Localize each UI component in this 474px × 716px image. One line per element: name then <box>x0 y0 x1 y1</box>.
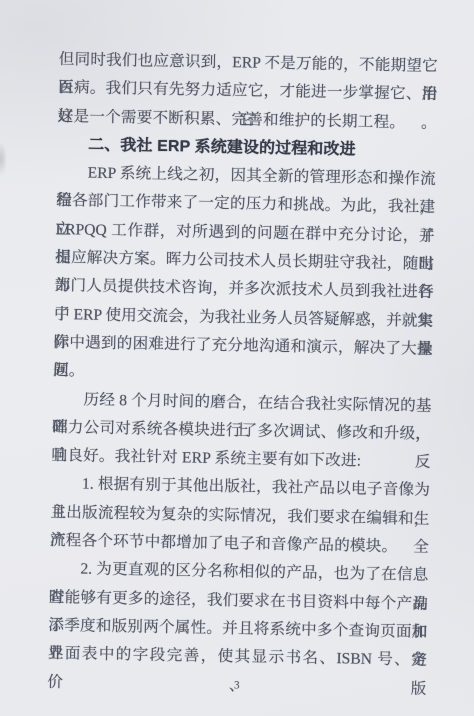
scan-smudge <box>0 142 7 176</box>
text-block: 但同时我们也应意识到，ERP 不是万能的，不能期望它医治百病。我们只有先努力适应… <box>47 46 438 694</box>
text-line: 界面表中的字段完善，使其显示书名、ISBN 号、定价、版 <box>48 640 427 675</box>
scanned-document-page: 但同时我们也应意识到，ERP 不是万能的，不能期望它医治百病。我们只有先努力适应… <box>0 0 474 716</box>
